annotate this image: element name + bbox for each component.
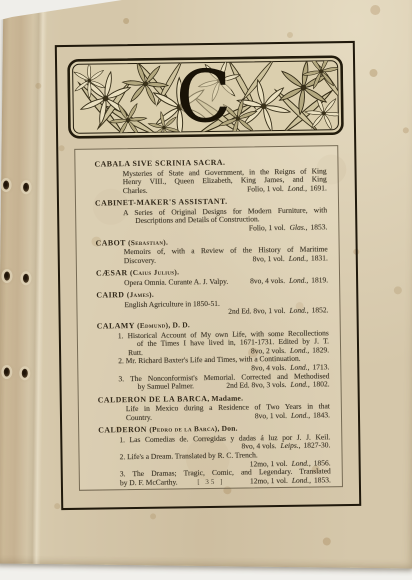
headword-main: CALDERON (98, 425, 149, 435)
entry-line: Opera Omnia. Curante A. J. Valpy. 8vo, 4… (124, 276, 328, 287)
entry-caesar: CÆSAR (Caius Julius). Opera Omnia. Curan… (96, 266, 328, 288)
entry-caird: CAIRD (James). English Agriculture in 18… (96, 288, 328, 319)
binding-hole (4, 368, 10, 377)
pub-format: 8vo, 1 vol. (255, 411, 287, 420)
pub-format: 8vo, 4 vols. (251, 363, 286, 372)
entry-calderon-de-la-barca: CALDERON DE LA BARCA, Madame. Life in Me… (98, 392, 330, 423)
publication-info: 8vo, 1 vol.Lond.,1843. (249, 411, 330, 421)
entry-line-text: Country. (126, 414, 152, 423)
entry-line-text: Charles. (123, 187, 148, 196)
pub-place: Leips., (280, 441, 300, 450)
entry-calamy: CALAMY (Edmund), D. D. 1. Historical Acc… (97, 318, 330, 392)
pub-year: 1819. (311, 275, 328, 284)
pub-place: Lond., (290, 380, 309, 389)
catalog-textbox: CABALA SIVE SCRINIA SACRA. Mysteries of … (74, 145, 343, 491)
headword-smallcaps: (James) (127, 290, 152, 299)
pub-place: Glas., (289, 223, 307, 232)
binding-crease (26, 0, 47, 564)
pub-place: Lond., (291, 410, 310, 419)
pub-format: 8vo, 1 vol. (253, 254, 285, 263)
headword-tail: . (152, 290, 154, 299)
publication-info: Folio, 1 vol.Lond.,1691. (241, 184, 327, 194)
headword-smallcaps: (Caius Julius) (130, 268, 177, 278)
binding-hole (23, 183, 29, 192)
pub-format: 2nd Ed. 8vo, 1 vol. (228, 306, 285, 316)
headword-smallcaps: (Edmund) (137, 321, 168, 330)
entry-line-text: Discovery. (124, 256, 156, 265)
pub-year: 1831. (311, 253, 328, 262)
headword-tail: . (166, 237, 168, 246)
headword-tail: , Don. (217, 424, 237, 433)
entry-line: Discovery. 8vo, 1 vol.Lond.,1831. (124, 254, 328, 265)
pub-year: 1691. (310, 183, 327, 192)
headword-smallcaps: (Sebastian) (128, 237, 166, 247)
pub-year: 1853. (310, 222, 327, 231)
entry-cabala: CABALA SIVE SCRINIA SACRA. Mysteries of … (94, 156, 326, 196)
publication-info: Folio, 1 vol.Glas.,1853. (243, 223, 328, 233)
pub-year: 1802. (313, 379, 330, 388)
headword-main: CALAMY (97, 321, 137, 331)
pub-place: Lond., (290, 362, 309, 371)
ornament-letter: C (176, 55, 231, 138)
pub-format: Folio, 1 vol. (249, 223, 286, 233)
scanned-page-photo: C CABALA SIVE SCRINIA SACRA. Mysteries o… (0, 0, 412, 580)
ornament-block: C (67, 55, 344, 139)
headword-tail: , D. D. (168, 320, 190, 329)
pub-format: 2nd Ed. 8vo, 3 vols. (226, 380, 286, 390)
binding-hole (4, 272, 10, 281)
pub-year: 1843. (313, 410, 330, 419)
pub-place: Lond., (289, 275, 308, 284)
pub-year: 1713. (312, 362, 329, 371)
publication-info: 2nd Ed. 8vo, 1 vol.Lond.,1852. (222, 307, 328, 317)
entry-line: by Samuel Palmer. 2nd Ed. 8vo, 3 vols.Lo… (138, 380, 330, 391)
publication-info: 2nd Ed. 8vo, 3 vols.Lond.,1802. (220, 380, 329, 390)
headword-main: CAIRD (96, 290, 127, 299)
pub-year: 1829. (312, 345, 329, 354)
headword-main: CABOT (95, 238, 128, 247)
pub-place: Lond., (289, 306, 308, 315)
entry-line-text: Opera Omnia. Curante A. J. Valpy. (124, 277, 228, 287)
entry-cabot: CABOT (Sebastian). Memoirs of, with a Re… (95, 235, 327, 266)
pub-format: 8vo, 4 vols. (250, 276, 285, 285)
pub-format: Folio, 1 vol. (247, 184, 284, 194)
headword-tail: . (177, 268, 179, 277)
headword-main: CÆSAR (96, 268, 130, 277)
binding-hole (3, 180, 9, 189)
headword-main: CABALA SIVE SCRINIA SACRA. (94, 158, 225, 169)
book-page: C CABALA SIVE SCRINIA SACRA. Mysteries o… (0, 0, 412, 569)
headword-tail: , Madame. (207, 393, 243, 402)
pub-year: 1852. (312, 306, 329, 315)
binding-hole (22, 369, 28, 378)
entry-line-text: by Samuel Palmer. (138, 382, 195, 391)
pub-place: Lond., (288, 183, 307, 192)
publication-info: 8vo, 1 vol.Lond.,1831. (247, 254, 328, 264)
pub-year: 1827-30. (303, 441, 330, 450)
entry-cabinet-maker: CABINET-MAKER'S ASSISTANT. A Series of O… (95, 196, 327, 236)
binding-hole (23, 274, 29, 283)
publication-info: 8vo, 4 vols.Lond.,1819. (244, 276, 328, 286)
print-frame: C CABALA SIVE SCRINIA SACRA. Mysteries o… (55, 41, 361, 510)
pub-place: Lond., (289, 253, 308, 262)
headword-smallcaps: (Pedro de la Barca) (149, 424, 217, 434)
